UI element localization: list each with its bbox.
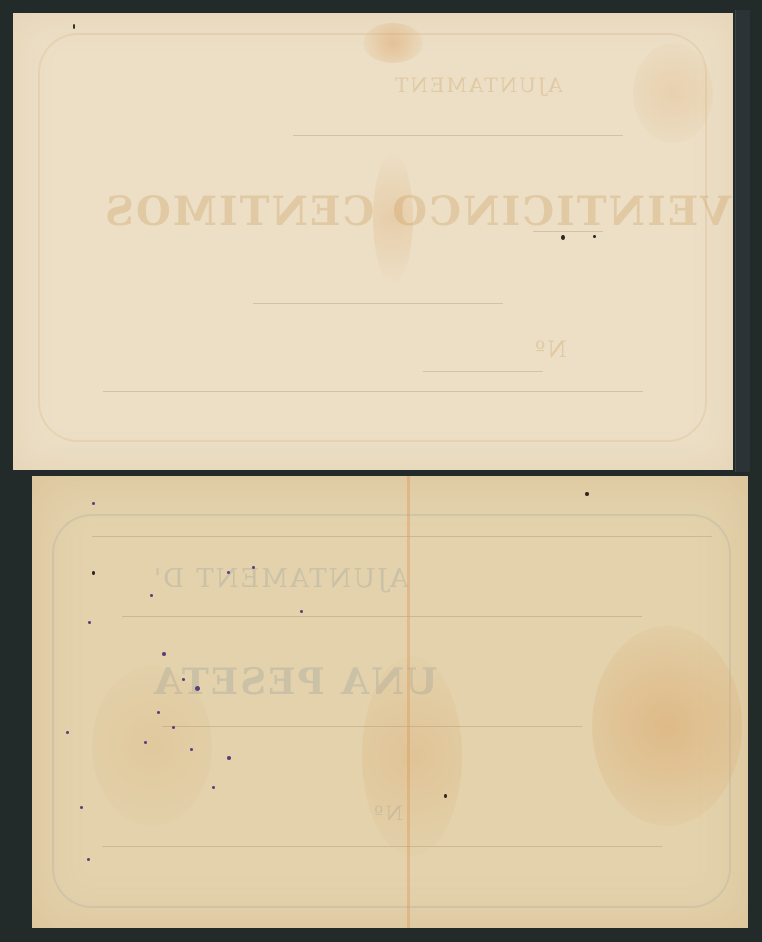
ink-dot bbox=[300, 610, 303, 613]
ghost-rule bbox=[103, 391, 643, 392]
stain bbox=[92, 666, 212, 826]
speck bbox=[92, 571, 95, 575]
ghost-rule bbox=[92, 536, 712, 537]
stain bbox=[633, 43, 713, 143]
ink-dot bbox=[144, 741, 147, 744]
ghost-header-text: AJUNTAMENT D' bbox=[152, 564, 409, 594]
ink-dot bbox=[66, 731, 69, 734]
speck bbox=[73, 24, 75, 29]
stain bbox=[362, 656, 462, 856]
ink-dot bbox=[92, 502, 95, 505]
ink-dot bbox=[195, 686, 200, 691]
ink-dot bbox=[162, 652, 166, 656]
ink-dot bbox=[190, 748, 193, 751]
ink-dot bbox=[172, 726, 175, 729]
stain bbox=[373, 153, 413, 283]
ink-dot bbox=[87, 858, 90, 861]
ghost-header-text: AJUNTAMENT bbox=[393, 73, 562, 97]
ghost-rule bbox=[253, 303, 503, 304]
ink-dot bbox=[88, 621, 91, 624]
ink-dot bbox=[227, 756, 231, 760]
speck bbox=[444, 794, 447, 798]
banknote-bottom: AJUNTAMENT D' UNA PESETA Nº bbox=[32, 476, 748, 928]
ghost-denomination-text: VEINTICINCO CENTIMOS bbox=[103, 188, 731, 235]
stain bbox=[363, 23, 423, 63]
ink-dot bbox=[80, 806, 83, 809]
mount-edge bbox=[735, 10, 750, 472]
ink-dot bbox=[212, 786, 215, 789]
ghost-rule bbox=[423, 371, 543, 372]
ink-dot bbox=[150, 594, 153, 597]
ink-dot bbox=[182, 678, 185, 681]
ghost-serial-text: Nº bbox=[533, 338, 567, 363]
ink-dot bbox=[157, 711, 160, 714]
stain bbox=[592, 626, 742, 826]
ghost-rule bbox=[122, 616, 642, 617]
ink-dot bbox=[227, 571, 230, 574]
ink-dot bbox=[252, 566, 255, 569]
ghost-rule bbox=[102, 846, 662, 847]
speck bbox=[593, 235, 596, 238]
speck bbox=[585, 492, 589, 496]
ghost-border bbox=[38, 33, 707, 442]
speck bbox=[561, 235, 565, 240]
ghost-rule bbox=[293, 135, 623, 136]
ghost-rule bbox=[533, 231, 603, 232]
banknote-top: AJUNTAMENT VEINTICINCO CENTIMOS Nº bbox=[13, 13, 733, 470]
